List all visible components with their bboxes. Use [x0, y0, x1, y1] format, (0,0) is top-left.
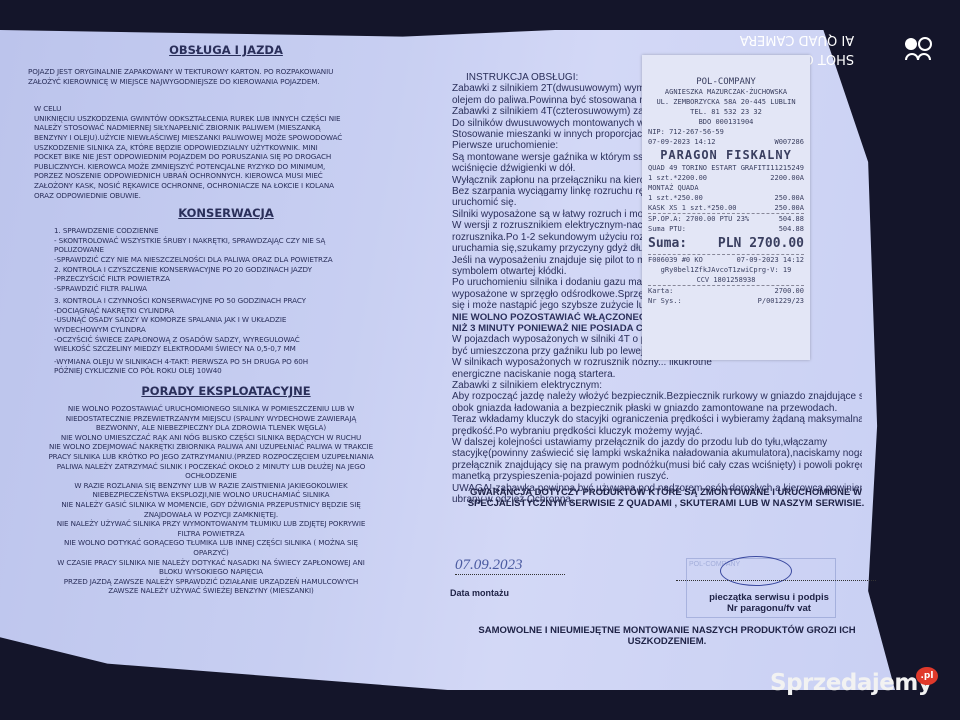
camera-watermark-line2: AI QUAD CAMERA [735, 30, 854, 49]
konserwacja-item: -PRZECZYŚCIĆ FILTR POWIETRZA [54, 274, 334, 284]
konserwacja-item: 2. KONTROLA I CZYSZCZENIE KONSERWACYJNE … [54, 265, 334, 275]
konserwacja-item: - SKONTROLOWAĆ WSZYSTKIE ŚRUBY I NAKRĘTK… [54, 236, 334, 255]
konserwacja-item: -DOCIĄGNĄĆ NAKRĘTKI CYLINDRA [54, 306, 334, 316]
receipt-item-line: 1 szt.*2200.00 2200.00A [648, 173, 804, 183]
heading-obsluga: OBSŁUGA I JAZDA [26, 43, 426, 57]
porady-item: PRZED JAZDĄ ZAWSZE NALEŻY SPRAWDZIĆ DZIA… [46, 577, 376, 587]
instrukcja-line: stacyjkę(powinny zaświecić się lampki ws… [452, 448, 862, 459]
receipt-karta: Karta: 2700.00 [648, 285, 804, 296]
item-qty: 1 szt.*2200.00 [648, 173, 707, 183]
konserwacja-item: -USUNĄĆ OSADY SADZY W KOMORZE SPALANIA J… [54, 315, 334, 334]
receipt-footer: F006039 #0 KO 07-09-2023 14:12 [648, 254, 804, 265]
receipt-item-line: KASK XS 1 szt.*250.00 250.00A [648, 203, 804, 213]
instrukcja-line: obok gniazda ładowania a bezpiecznik pła… [452, 403, 862, 414]
instrukcja-line: Zabawki z silnikiem elektrycznym: [452, 380, 862, 391]
receipt-company: POL-COMPANY [648, 77, 804, 87]
porady-item: NIE WOLNO POZOSTAWIAĆ URUCHOMIONEGO SILN… [46, 404, 376, 433]
receipt-number-label: Nr paragonu/fv vat [684, 603, 854, 614]
porady-item: NIE WOLNO UMIESZCZAĆ RĄK ANI NÓG BLISKO … [46, 433, 376, 443]
item-amount: 2200.00A [770, 173, 804, 183]
konserwacja-item: -SPRAWDZIĆ CZY NIE MA NIESZCZELNOŚCI DLA… [54, 255, 334, 265]
receipt-tel: TEL. 81 532 23 32 [648, 107, 804, 117]
total-label: Suma: [648, 234, 687, 254]
konserwacja-item: -OCZYŚCIĆ ŚWIECE ZAPŁONOWĄ Z OSADÓW SADZ… [54, 335, 334, 354]
total-value: PLN 2700.00 [718, 234, 804, 254]
nr-sys-value: P/001229/23 [758, 296, 804, 306]
porady-item: NIE WOLNO ZDEJMOWAĆ NAKRĘTKI ZBIORNIKA P… [46, 442, 376, 480]
porady-item: NIE NALEŻY GASIĆ SILNIKA W MOMENCIE, GDY… [46, 500, 376, 519]
konserwacja-item: 3. KONTROLA I CZYNNOŚCI KONSERWACYJNE PO… [54, 296, 334, 306]
porady-item: NIE WOLNO DOTYKAĆ GORĄCEGO TŁUMIKA LUB I… [46, 538, 376, 557]
nr-sys-label: Nr Sys.: [648, 296, 682, 306]
receipt-date-row: 07-09-2023 14:12 W007286 [648, 137, 804, 147]
receipt-owner: AGNIESZKA MAZURCZAK-ŻUCHOWSKA [648, 87, 804, 97]
site-watermark: Sprzedajemy [770, 670, 932, 696]
camera-logo-icon [900, 34, 936, 70]
receipt-ccv: CCV 1801258938 [648, 275, 804, 285]
fiscal-receipt: POL-COMPANY AGNIESZKA MAZURCZAK-ŻUCHOWSK… [642, 55, 810, 360]
karta-value: 2700.00 [774, 286, 804, 296]
stamp-label: pieczątka serwisu i podpis [684, 592, 854, 603]
receipt-sp-op: SP.OP.A: 2700.00 PTU 23% 504.88 [648, 213, 804, 224]
porady-item: W RAZIE ROZLANIA SIĘ BENZYNY LUB W RAZIE… [46, 481, 376, 500]
item-code: 11215249 [770, 163, 804, 173]
signature [720, 556, 792, 586]
receipt-datetime: 07-09-2023 14:12 [648, 137, 715, 147]
konserwacja-item: 1. SPRAWDZENIE CODZIENNE [54, 226, 334, 236]
receipt-nr-sys: Nr Sys.: P/001229/23 [648, 296, 804, 306]
receipt-doc-no: W007286 [774, 137, 804, 147]
receipt-hash: gRy0bel1ZfkJAvcoT1zwiCprg-V: 19 [648, 265, 804, 275]
receipt-nip: NIP: 712-267-56-59 [648, 127, 804, 137]
sp-op-label: SP.OP.A: 2700.00 PTU 23% [648, 214, 749, 224]
receipt-title: PARAGON FISKALNY [648, 147, 804, 163]
receipt-item-name: QUAD 49 TORINO ESTART GRAFITI 11215249 [648, 163, 804, 173]
instrukcja-line: energiczne naciskanie nogą startera. [452, 369, 862, 380]
receipt-item-line: 1 szt.*250.00 250.00A [648, 193, 804, 203]
sp-op-value: 504.88 [779, 214, 804, 224]
heading-konserwacja: KONSERWACJA [26, 206, 426, 220]
item-qty: 1 szt.*250.00 [682, 204, 737, 212]
item-amount: 250.00A [774, 203, 804, 213]
footer-datetime: 07-09-2023 14:12 [737, 255, 804, 265]
instrukcja-line: przełącznik znajdujący się na prawym pod… [452, 460, 862, 471]
instrukcja-line: Teraz wkładamy kluczyk do stacyjki ogran… [452, 414, 862, 425]
heading-porady: PORADY EKSPLOATACYJNE [26, 384, 426, 398]
handwritten-date: 07.09.2023 [455, 557, 565, 575]
porady-list: NIE WOLNO POZOSTAWIAĆ URUCHOMIONEGO SILN… [46, 404, 376, 596]
konserwacja-item: -WYMIANA OLEJU W SILNIKACH 4-TAKT: PIERW… [54, 357, 334, 376]
left-column: OBSŁUGA I JAZDA POJAZD JEST ORYGINALNIE … [26, 40, 426, 596]
item-name: KASK XS [648, 204, 678, 212]
signature-line [676, 580, 876, 581]
date-label: Data montażu [450, 588, 509, 598]
receipt-bdo: BDO 000131904 [648, 117, 804, 127]
receipt-address: UL. ZEMBORZYCKA 58A 20-445 LUBLIN [648, 97, 804, 107]
footer-id: F006039 #0 KO [648, 255, 703, 265]
instrukcja-line: W dalszej kolejności ustawiamy przełączn… [452, 437, 862, 448]
instrukcja-line: Aby rozpocząć jazdę należy włożyć bezpie… [452, 391, 862, 402]
site-watermark-tld: .pl [916, 667, 938, 685]
porady-item: W CZASIE PRACY SILNIKA NIE NALEŻY DOTYKA… [46, 558, 376, 577]
safety-text: UNIKNIĘCIU USZKODZENIA GWINTÓW ODKSZTAŁC… [34, 114, 344, 200]
warranty-text: GWARANCJA DOTYCZY PRODUKTÓW KTÓRE SĄ ZMO… [456, 487, 876, 509]
porady-item: ZAWSZE NALEŻY UŻYWAĆ ŚWIEŻEJ BENZYNY (MI… [46, 586, 376, 596]
konserwacja-list: 1. SPRAWDZENIE CODZIENNE - SKONTROLOWAĆ … [54, 226, 334, 376]
instrukcja-line: prędkość.Po wybraniu prędkości kluczyk m… [452, 426, 862, 437]
stamp-signature-label: pieczątka serwisu i podpis Nr paragonu/f… [684, 592, 854, 614]
w-celu-text: W CELU [34, 104, 426, 114]
receipt-total: Suma: PLN 2700.00 [648, 234, 804, 254]
item-amount: 250.00A [774, 193, 804, 203]
karta-label: Karta: [648, 286, 673, 296]
konserwacja-item: -SPRAWDZIĆ FILTR PALIWA [54, 284, 334, 294]
suma-ptu-label: Suma PTU: [648, 224, 686, 234]
porady-item: NIE NALEŻY UŻYWAĆ SILNIKA PRZY WYMONTOWA… [46, 519, 376, 538]
bottom-warning: SAMOWOLNE I NIEUMIEJĘTNE MONTOWANIE NASZ… [462, 625, 872, 647]
suma-ptu-value: 504.88 [779, 224, 804, 234]
intro-text: POJAZD JEST ORYGINALNIE ZAPAKOWANY W TEK… [28, 67, 338, 86]
receipt-suma-ptu: Suma PTU: 504.88 [648, 224, 804, 234]
item-qty: 1 szt.*250.00 [648, 193, 703, 203]
instrukcja-line: manetką przyspieszenia-pojazd powinien r… [452, 471, 862, 482]
item-name: QUAD 49 TORINO ESTART GRAFITI [648, 163, 770, 173]
item-name: MONTAŻ QUADA [648, 183, 804, 193]
